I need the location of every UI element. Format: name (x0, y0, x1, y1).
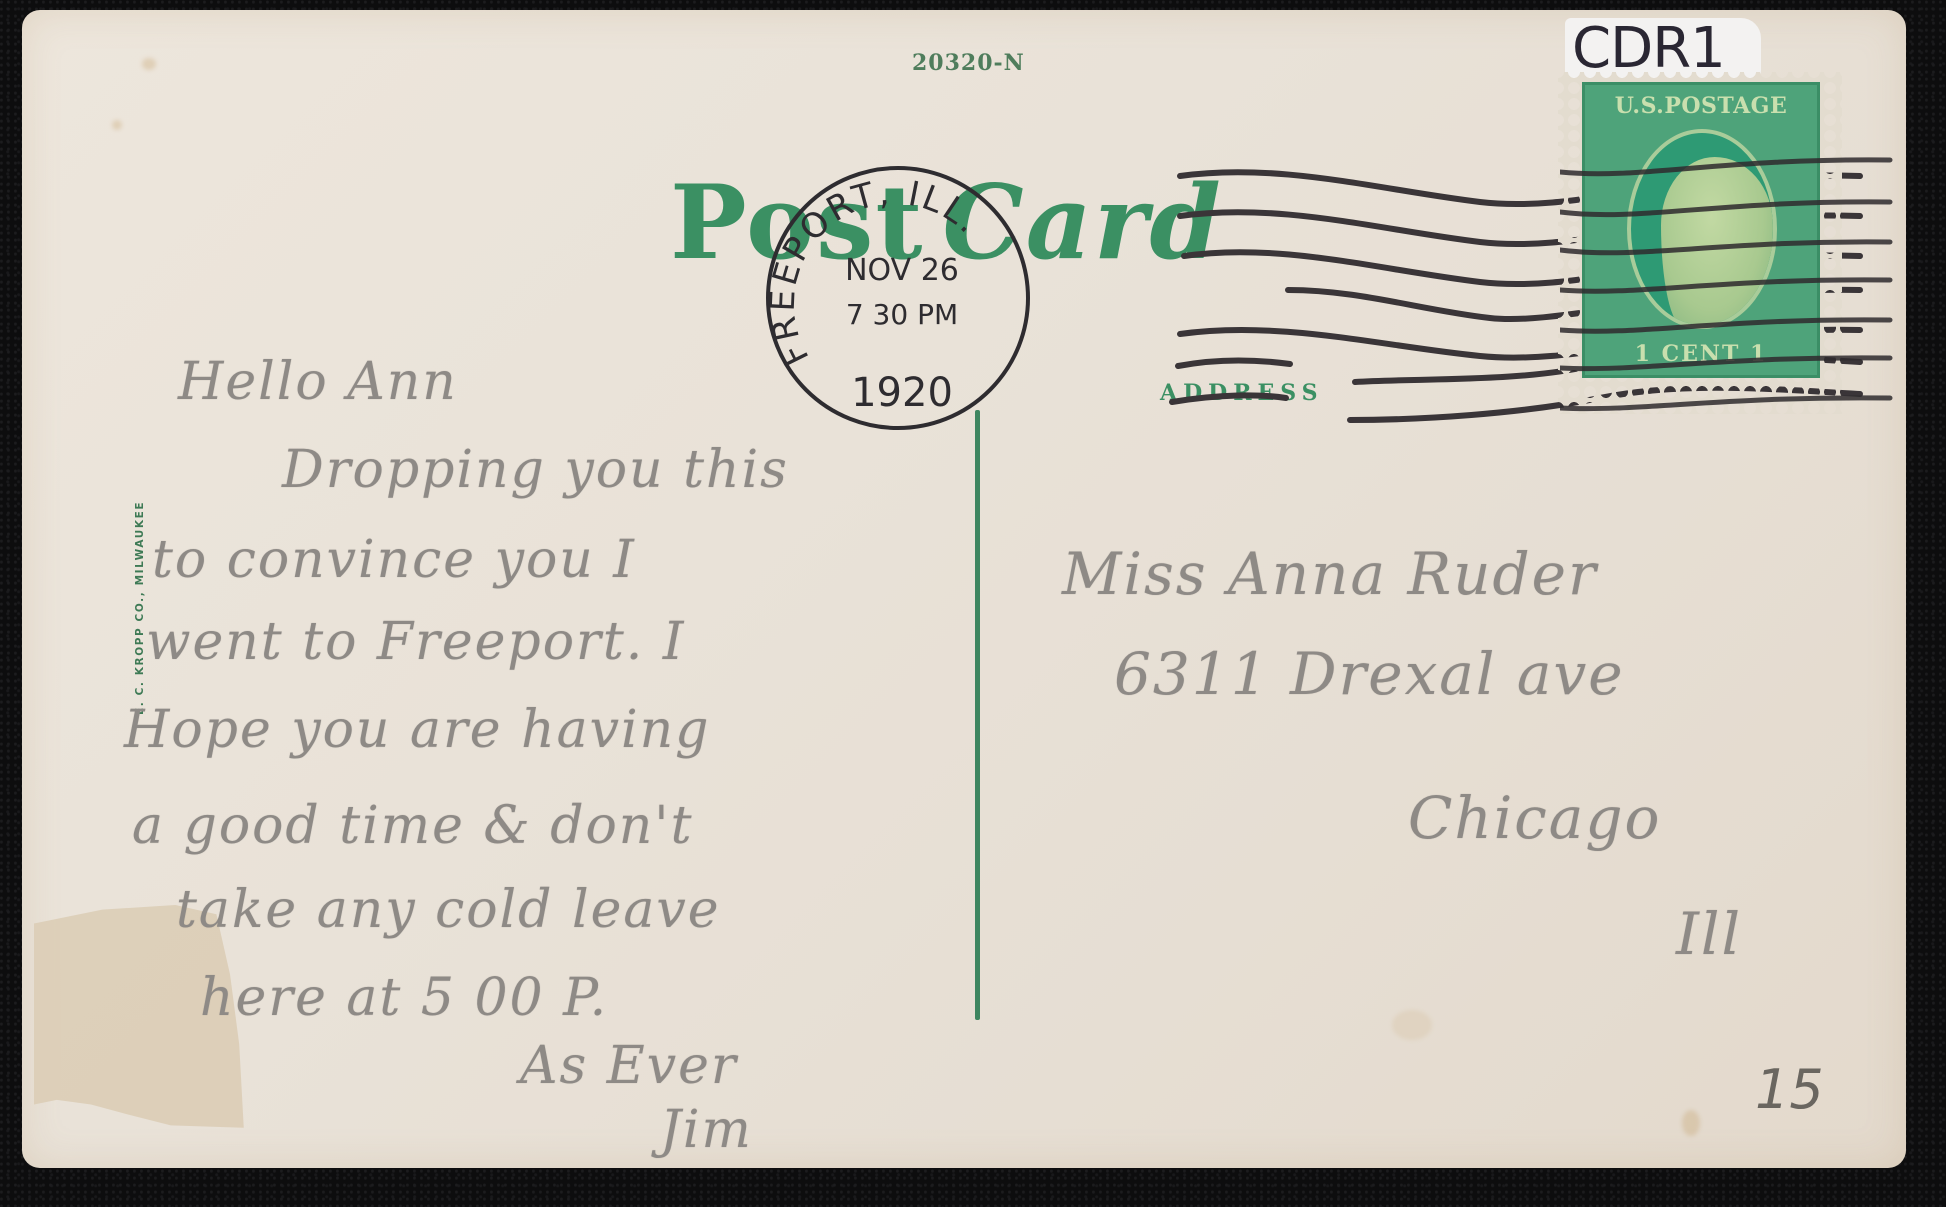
stain (142, 58, 156, 70)
postmark-date: NOV 26 (845, 253, 959, 288)
recipient-street: 6311 Drexal ave (1114, 640, 1625, 708)
stamp-cancel-lines-icon (1560, 150, 1900, 430)
message-greeting: Hello Ann (178, 352, 458, 412)
center-divider-line (975, 410, 980, 1020)
message-line: a good time & don't (132, 796, 693, 856)
message-line: here at 5 00 P. (200, 968, 608, 1028)
stamp-top-text: U.S.POSTAGE (1585, 93, 1817, 119)
corner-pencil-mark: 15 (1755, 1058, 1824, 1121)
publisher-imprint: E. C. KROPP CO., MILWAUKEE (134, 501, 146, 715)
recipient-state: Ill (1676, 900, 1742, 968)
message-line: went to Freeport. I (146, 612, 685, 672)
postmark-circle: FREEPORT, ILL. NOV 26 7 30 PM 1920 (762, 162, 1034, 434)
serial-number: 20320-N (912, 50, 1025, 76)
recipient-name: Miss Anna Ruder (1062, 540, 1598, 608)
message-signature: Jim (660, 1100, 753, 1160)
postmark-time: 7 30 PM (846, 298, 958, 331)
message-line: to convince you I (152, 530, 636, 590)
stain (1392, 1010, 1432, 1040)
message-line: take any cold leave (176, 880, 721, 940)
recipient-city: Chicago (1408, 784, 1661, 852)
message-closing: As Ever (520, 1036, 738, 1096)
stain (112, 120, 122, 130)
message-line: Hope you are having (124, 700, 710, 760)
stain (1682, 1110, 1700, 1136)
postmark-year: 1920 (851, 370, 953, 416)
message-line: Dropping you this (282, 440, 789, 500)
